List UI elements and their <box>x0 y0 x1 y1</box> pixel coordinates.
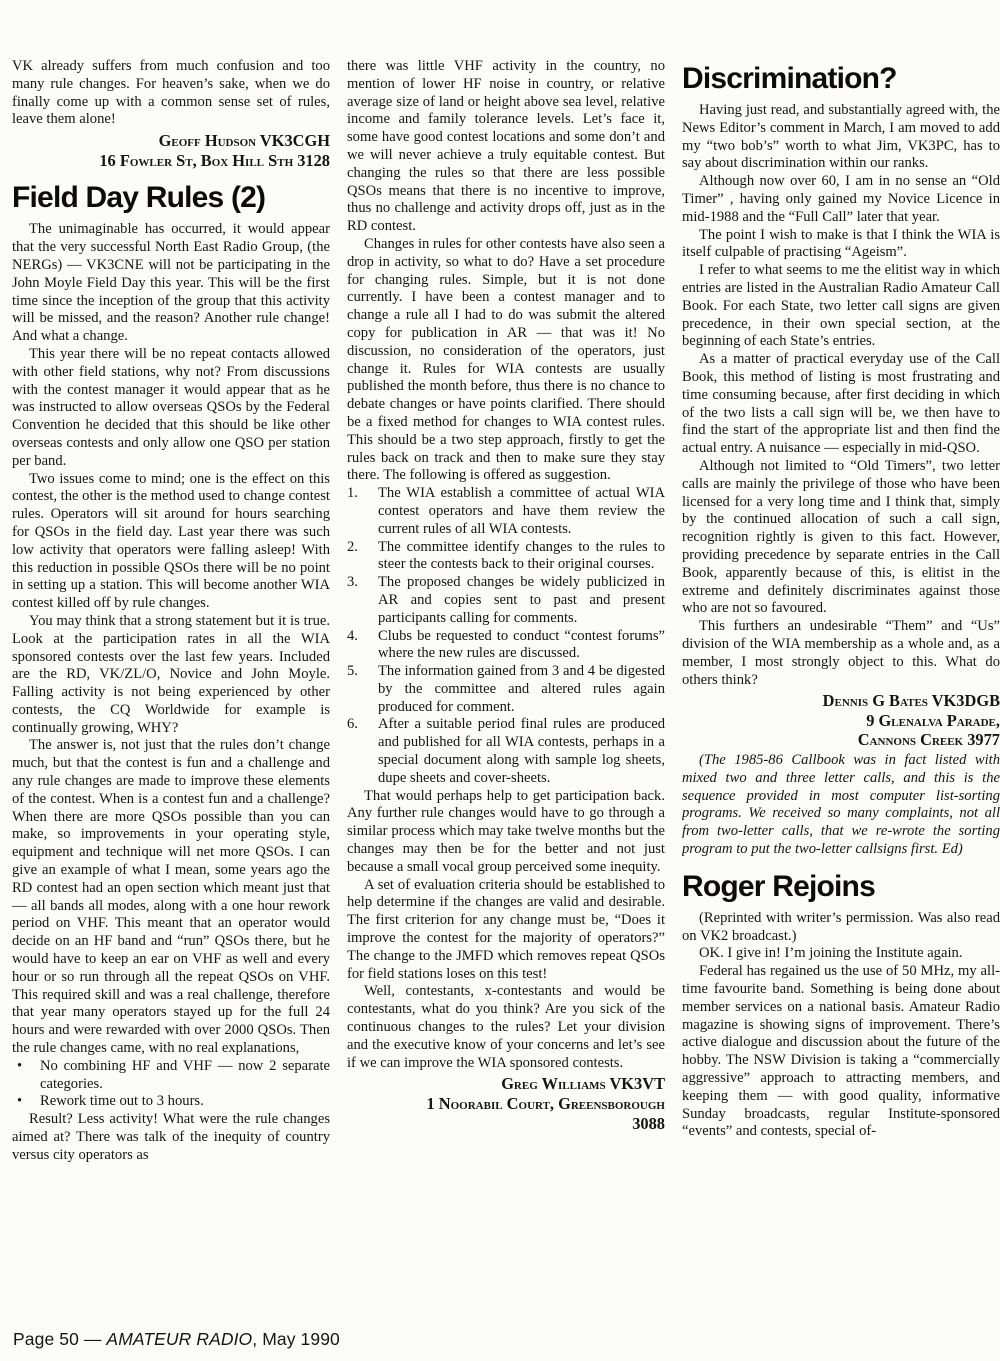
letter-paragraph: OK. I give in! I’m joining the Institute… <box>682 945 1000 963</box>
letter-paragraph: there was little VHF activity in the cou… <box>347 58 665 236</box>
letter-paragraph: Changes in rules for other contests have… <box>347 236 665 485</box>
letter-paragraph: Having just read, and substantially agre… <box>682 102 1000 173</box>
list-item-text: The committee identify changes to the ru… <box>378 539 665 575</box>
list-item-text: Clubs be requested to conduct “contest f… <box>378 628 665 664</box>
letter-signature: Greg Williams VK3VT1 Noorabil Court, Gre… <box>347 1074 665 1133</box>
section-heading: Field Day Rules (2) <box>12 181 330 214</box>
bullet-list: •No combining HF and VHF — now 2 separat… <box>12 1058 330 1111</box>
letter-paragraph: Result? Less activity! What were the rul… <box>12 1111 330 1164</box>
numbered-list: 1.The WIA establish a committee of actua… <box>347 485 665 788</box>
column-1: VK already suffers from much confusion a… <box>12 58 330 1165</box>
list-item: •Rework time out to 3 hours. <box>12 1093 330 1111</box>
signature-line: Dennis G Bates VK3DGB <box>682 691 1000 711</box>
letter-paragraph: Although now over 60, I am in no sense a… <box>682 173 1000 226</box>
item-number: 2. <box>347 539 378 575</box>
page-footer: Page 50 — AMATEUR RADIO, May 1990 <box>13 1329 340 1350</box>
signature-line: 3088 <box>347 1114 665 1134</box>
letter-paragraph: The answer is, not just that the rules d… <box>12 737 330 1057</box>
list-item-text: The information gained from 3 and 4 be d… <box>378 663 665 716</box>
footer-date: , May 1990 <box>252 1329 340 1349</box>
letter-paragraph: (Reprinted with writer’s permission. Was… <box>682 910 1000 946</box>
list-item: 6.After a suitable period final rules ar… <box>347 716 665 787</box>
signature-line: 16 Fowler St, Box Hill Sth 3128 <box>12 151 330 171</box>
list-item: 1.The WIA establish a committee of actua… <box>347 485 665 538</box>
signature-line: Cannons Creek 3977 <box>682 730 1000 750</box>
letter-paragraph: This furthers an undesirable “Them” and … <box>682 618 1000 689</box>
letter-paragraph: As a matter of practical everyday use of… <box>682 351 1000 458</box>
list-item-text: After a suitable period final rules are … <box>378 716 665 787</box>
editor-note: (The 1985-86 Callbook was in fact listed… <box>682 752 1000 859</box>
letter-signature: Dennis G Bates VK3DGB9 Glenalva Parade,C… <box>682 691 1000 750</box>
list-item: 3.The proposed changes be widely publici… <box>347 574 665 627</box>
item-number: 1. <box>347 485 378 538</box>
section-heading: Discrimination? <box>682 62 1000 95</box>
letter-paragraph: This year there will be no repeat contac… <box>12 346 330 471</box>
letter-paragraph: Two issues come to mind; one is the effe… <box>12 471 330 613</box>
column-3: Discrimination?Having just read, and sub… <box>682 58 1000 1165</box>
footer-magazine-title: AMATEUR RADIO <box>106 1329 252 1349</box>
item-number: 6. <box>347 716 378 787</box>
signature-line: Geoff Hudson VK3CGH <box>12 131 330 151</box>
list-item: 2.The committee identify changes to the … <box>347 539 665 575</box>
letter-paragraph: I refer to what seems to me the elitist … <box>682 262 1000 351</box>
item-number: 3. <box>347 574 378 627</box>
column-layout: VK already suffers from much confusion a… <box>12 58 992 1165</box>
list-item-text: The proposed changes be widely publicize… <box>378 574 665 627</box>
letter-paragraph: The point I wish to make is that I think… <box>682 227 1000 263</box>
magazine-page: VK already suffers from much confusion a… <box>0 0 1000 1361</box>
column-2: there was little VHF activity in the cou… <box>347 58 665 1165</box>
list-item: 4.Clubs be requested to conduct “contest… <box>347 628 665 664</box>
list-item: 5.The information gained from 3 and 4 be… <box>347 663 665 716</box>
signature-line: Greg Williams VK3VT <box>347 1074 665 1094</box>
letter-paragraph: A set of evaluation criteria should be e… <box>347 877 665 984</box>
letter-paragraph: That would perhaps help to get participa… <box>347 788 665 877</box>
bullet-icon: • <box>12 1058 40 1094</box>
list-item-text: The WIA establish a committee of actual … <box>378 485 665 538</box>
letter-paragraph: VK already suffers from much confusion a… <box>12 58 330 129</box>
bullet-icon: • <box>12 1093 40 1111</box>
footer-page-label: Page 50 — <box>13 1329 106 1349</box>
item-number: 5. <box>347 663 378 716</box>
letter-paragraph: Well, contestants, x-contestants and wou… <box>347 983 665 1072</box>
letter-signature: Geoff Hudson VK3CGH16 Fowler St, Box Hil… <box>12 131 330 170</box>
section-heading: Roger Rejoins <box>682 870 1000 903</box>
item-number: 4. <box>347 628 378 664</box>
list-item: •No combining HF and VHF — now 2 separat… <box>12 1058 330 1094</box>
letter-paragraph: Although not limited to “Old Timers”, tw… <box>682 458 1000 618</box>
signature-line: 9 Glenalva Parade, <box>682 711 1000 731</box>
list-item-text: Rework time out to 3 hours. <box>40 1093 330 1111</box>
signature-line: 1 Noorabil Court, Greensborough <box>347 1094 665 1114</box>
letter-paragraph: Federal has regained us the use of 50 MH… <box>682 963 1000 1141</box>
letter-paragraph: You may think that a strong statement bu… <box>12 613 330 738</box>
list-item-text: No combining HF and VHF — now 2 separate… <box>40 1058 330 1094</box>
letter-paragraph: The unimaginable has occurred, it would … <box>12 221 330 346</box>
